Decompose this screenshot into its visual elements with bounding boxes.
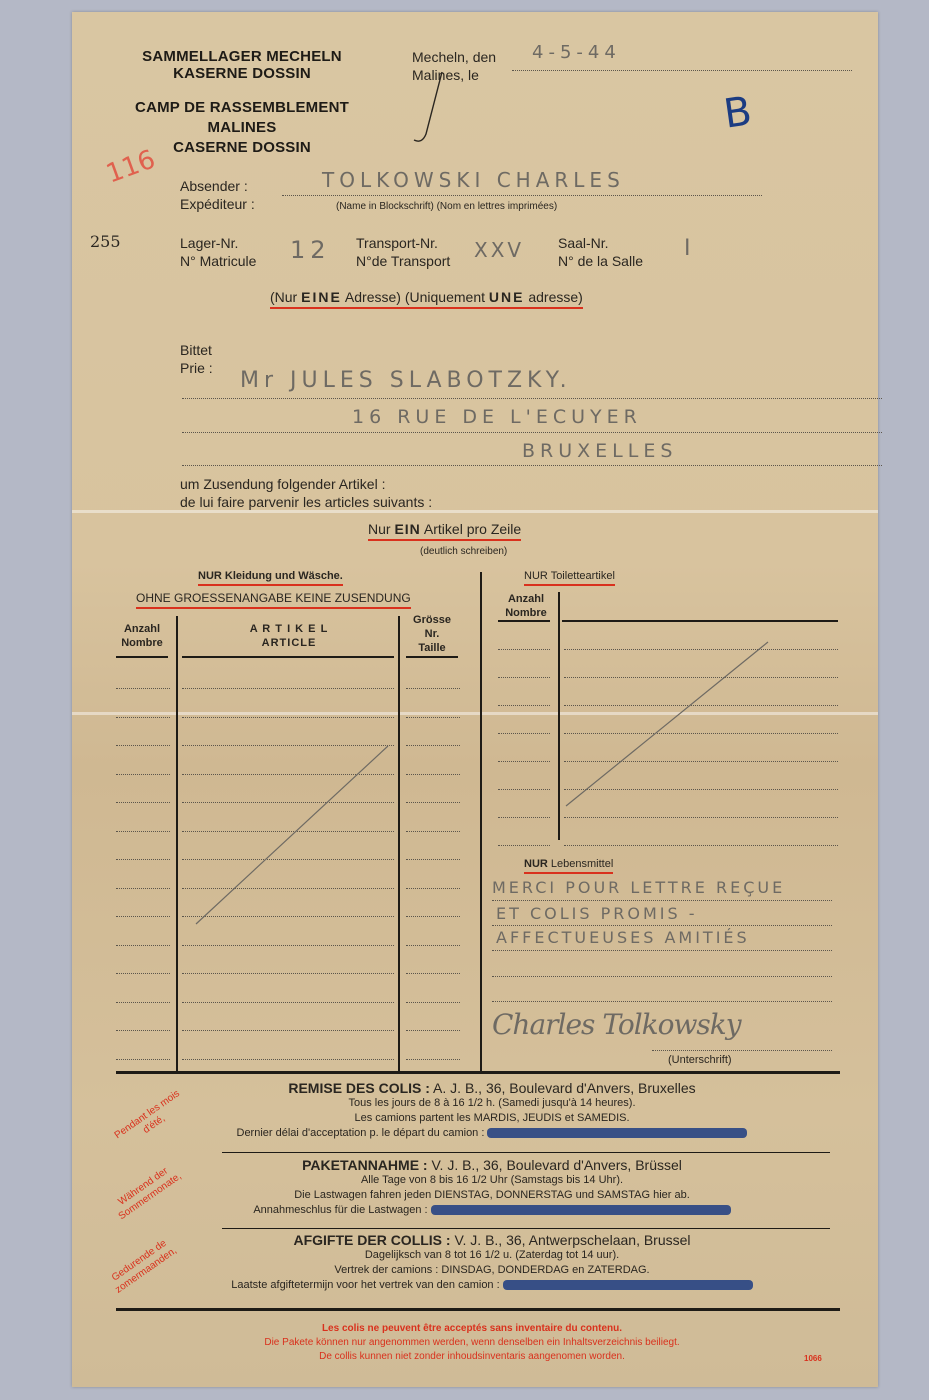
clothing-row-line[interactable]: [406, 1002, 460, 1003]
clothing-row-line[interactable]: [406, 1059, 460, 1060]
pencil-strike: [562, 640, 772, 810]
clothing-row-line[interactable]: [116, 802, 170, 803]
signature-label: (Unterschrift): [668, 1054, 732, 1066]
clothing-row-line[interactable]: [182, 945, 394, 946]
clothing-row-line[interactable]: [182, 1030, 394, 1031]
notice-pre: (Nur: [270, 289, 301, 305]
delivery-nl: AFGIFTE DER COLLIS : V. J. B., 36, Antwe…: [132, 1232, 852, 1293]
notice-mid: Adresse) (Uniquement: [342, 289, 489, 305]
toiletries-row-line[interactable]: [498, 845, 550, 846]
clothing-row-line[interactable]: [182, 688, 394, 689]
request-line-de: um Zusendung folgender Artikel :: [180, 475, 432, 493]
camp-de-line2: KASERNE DOSSIN: [112, 65, 372, 82]
clothing-warning-text: OHNE GROESSENANGABE KEINE ZUSENDUNG: [136, 591, 411, 609]
food-line: [492, 925, 832, 926]
clothing-row-line[interactable]: [182, 1002, 394, 1003]
clothing-row-line[interactable]: [406, 717, 460, 718]
toiletries-title-text: NUR Toiletteartikel: [524, 570, 615, 586]
ink-strikeout: [503, 1280, 753, 1290]
column-divider: [558, 592, 560, 840]
place-de: Mecheln, den: [412, 48, 496, 66]
toiletries-row-line[interactable]: [498, 761, 550, 762]
delivery-nl-address: V. J. B., 36, Antwerpschelaan, Brussel: [451, 1232, 691, 1248]
clothing-row-line[interactable]: [116, 774, 170, 775]
clothing-row-line[interactable]: [406, 831, 460, 832]
annotation-number: 255: [90, 232, 121, 251]
message-line-3[interactable]: AFFECTUEUSES AMITIÉS: [496, 928, 750, 947]
clothing-row-line[interactable]: [406, 774, 460, 775]
rule: [116, 656, 168, 658]
clothing-row-line[interactable]: [116, 1059, 170, 1060]
rule-bold: EIN: [394, 521, 420, 537]
saal-value[interactable]: I: [684, 236, 696, 261]
col-count-de: Anzahl: [112, 622, 172, 636]
col-article-de: A R T I K E L: [184, 622, 394, 636]
col-size-1: Grösse: [400, 613, 464, 627]
pencil-strike: [192, 742, 392, 932]
delivery-nl-line3: Laatste afgiftetermijn voor het vertrek …: [231, 1279, 499, 1291]
delivery-fr-line1: Tous les jours de 8 à 16 1/2 h. (Samedi …: [132, 1096, 852, 1111]
recipient-street[interactable]: 16 RUE DE L'ECUYER: [352, 406, 642, 428]
food-title-bold: NUR: [524, 858, 548, 870]
rule-hint: (deutlich schreiben): [420, 546, 507, 557]
col-size-3: Taille: [400, 641, 464, 655]
delivery-fr: REMISE DES COLIS : A. J. B., 36, Bouleva…: [132, 1080, 852, 1141]
clothing-row-line[interactable]: [406, 916, 460, 917]
clothing-row-line[interactable]: [406, 802, 460, 803]
delivery-de: PAKETANNAHME : V. J. B., 36, Boulevard d…: [132, 1157, 852, 1218]
clothing-row-line[interactable]: [116, 973, 170, 974]
notice-bold2: UNE: [489, 289, 525, 305]
address-line-3: [182, 465, 882, 466]
form-number: 1066: [804, 1354, 822, 1363]
rule: [182, 656, 394, 658]
clothing-title: NUR Kleidung und Wäsche.: [198, 570, 343, 582]
food-title-rest: Lebensmittel: [548, 858, 613, 870]
lager-label-de: Lager-Nr.: [180, 234, 256, 252]
toiletries-row-line[interactable]: [498, 817, 550, 818]
clothing-row-line[interactable]: [182, 973, 394, 974]
request-line-fr: de lui faire parvenir les articles suiva…: [180, 493, 432, 511]
recipient-name[interactable]: Mr JULES SLABOTZKY.: [240, 368, 572, 393]
signature[interactable]: Charles Tolkowsky: [492, 1008, 741, 1041]
clothing-row-line[interactable]: [116, 859, 170, 860]
toiletries-row-line[interactable]: [498, 733, 550, 734]
rule-pre: Nur: [368, 521, 394, 537]
clothing-title-rest: Kleidung und Wäsche.: [222, 570, 343, 582]
rule: [562, 620, 838, 622]
saal-label-de: Saal-Nr.: [558, 234, 643, 252]
clothing-row-line[interactable]: [406, 688, 460, 689]
clothing-row-line[interactable]: [116, 717, 170, 718]
clothing-row-line[interactable]: [406, 745, 460, 746]
ink-strikeout: [431, 1205, 731, 1215]
address-line-2: [182, 432, 882, 433]
clothing-warning: OHNE GROESSENANGABE KEINE ZUSENDUNG: [136, 591, 411, 605]
clothing-row-line[interactable]: [116, 745, 170, 746]
delivery-fr-title: REMISE DES COLIS :: [288, 1080, 430, 1096]
col-article-fr: ARTICLE: [184, 636, 394, 650]
col-count-fr: Nombre: [112, 636, 172, 650]
toiletries-row-line[interactable]: [498, 705, 550, 706]
footer-de: Die Pakete können nur angenommen werden,…: [112, 1336, 832, 1350]
clothing-row-line[interactable]: [182, 1059, 394, 1060]
delivery-de-line1: Alle Tage von 8 bis 16 1/2 Uhr (Samstags…: [132, 1173, 852, 1188]
clothing-row-line[interactable]: [406, 945, 460, 946]
toiletries-row-line[interactable]: [564, 845, 838, 846]
rule-post: Artikel pro Zeile: [421, 521, 521, 537]
one-article-rule: Nur EIN Artikel pro Zeile: [368, 520, 521, 538]
sender-label-fr: Expéditeur :: [180, 195, 255, 213]
delivery-nl-line2: Vertrek der camions : DINSDAG, DONDERDAG…: [132, 1263, 852, 1278]
clothing-row-line[interactable]: [116, 1030, 170, 1031]
notice-post: adresse): [524, 289, 582, 305]
col-size-2: Nr.: [400, 627, 464, 641]
camp-fr-line1: CAMP DE RASSEMBLEMENT: [112, 98, 372, 118]
delivery-nl-title: AFGIFTE DER COLLIS :: [293, 1232, 450, 1248]
clothing-col-article: A R T I K E L ARTICLE: [184, 622, 394, 650]
ink-strikeout: [487, 1128, 747, 1138]
clothing-row-line[interactable]: [116, 831, 170, 832]
transport-label-fr: N°de Transport: [356, 252, 450, 270]
toiletries-row-line[interactable]: [498, 677, 550, 678]
sender-name-handwritten[interactable]: TOLKOWSKI CHARLES: [322, 168, 625, 192]
toiletries-row-line[interactable]: [564, 817, 838, 818]
column-divider: [398, 616, 400, 1071]
clothing-row-line[interactable]: [406, 973, 460, 974]
address-notice-text: (Nur EINE Adresse) (Uniquement UNE adres…: [270, 289, 583, 309]
rule: [498, 620, 550, 622]
toiletries-title: NUR Toiletteartikel: [524, 570, 615, 582]
footer-fr: Les colis ne peuvent être acceptés sans …: [112, 1322, 832, 1336]
sender-line: [282, 195, 762, 196]
recipient-city[interactable]: BRUXELLES: [522, 440, 677, 462]
column-divider: [176, 616, 178, 1071]
rule: [222, 1228, 830, 1229]
clothing-title-bold: NUR: [198, 570, 222, 582]
clothing-row-line[interactable]: [116, 945, 170, 946]
date-line: [512, 70, 852, 71]
sender-label: Absender : Expéditeur :: [180, 177, 255, 213]
rule: [406, 656, 458, 658]
rule: [222, 1152, 830, 1153]
food-line: [492, 950, 832, 951]
clothing-row-line[interactable]: [406, 888, 460, 889]
delivery-de-address: V. J. B., 36, Boulevard d'Anvers, Brüsse…: [428, 1157, 682, 1173]
food-title: NUR Lebensmittel: [524, 858, 613, 870]
delivery-fr-line3: Dernier délai d'acceptation p. le départ…: [237, 1127, 485, 1139]
food-line: [492, 1001, 832, 1002]
lager-label-fr: N° Matricule: [180, 252, 256, 270]
food-line: [492, 900, 832, 901]
lager-label: Lager-Nr. N° Matricule: [180, 234, 256, 270]
signature-line: [652, 1050, 832, 1051]
message-line-2[interactable]: ET COLIS PROMIS -: [496, 904, 698, 923]
sender-label-de: Absender :: [180, 177, 255, 195]
delivery-de-line2: Die Lastwagen fahren jeden DIENSTAG, DON…: [132, 1188, 852, 1203]
delivery-nl-line1: Dagelijksch van 8 tot 16 1/2 u. (Zaterda…: [132, 1248, 852, 1263]
clothing-row-line[interactable]: [116, 888, 170, 889]
transport-label-de: Transport-Nr.: [356, 234, 450, 252]
delivery-fr-line2: Les camions partent les MARDIS, JEUDIS e…: [132, 1111, 852, 1126]
notice-bold1: EINE: [301, 289, 342, 305]
recipient-label: Bittet Prie :: [180, 341, 213, 377]
delivery-de-title: PAKETANNAHME :: [302, 1157, 427, 1173]
address-notice: (Nur EINE Adresse) (Uniquement UNE adres…: [270, 288, 583, 306]
sender-hint: (Name in Blockschrift) (Nom en lettres i…: [336, 201, 557, 212]
section-divider: [480, 572, 482, 1072]
annotation-b: B: [721, 88, 755, 137]
thick-rule: [116, 1071, 840, 1074]
saal-label: Saal-Nr. N° de la Salle: [558, 234, 643, 270]
delivery-de-line3: Annahmeschlus für die Lastwagen :: [253, 1204, 427, 1216]
check-mark-icon: [412, 70, 452, 150]
toiletries-row-line[interactable]: [498, 649, 550, 650]
clothing-row-line[interactable]: [406, 1030, 460, 1031]
transport-value[interactable]: XXV: [474, 238, 524, 262]
recipient-label-fr: Prie :: [180, 359, 213, 377]
clothing-row-line[interactable]: [182, 717, 394, 718]
toilet-col-count-fr: Nombre: [496, 606, 556, 620]
annotation-red: 116: [102, 144, 159, 189]
address-line-1: [182, 398, 882, 399]
camp-name-de: SAMMELLAGER MECHELN KASERNE DOSSIN: [112, 48, 372, 82]
request-label: um Zusendung folgender Artikel : de lui …: [180, 475, 432, 511]
footer-nl: De collis kunnen niet zonder inhoudsinve…: [112, 1350, 832, 1364]
toiletries-col-count: Anzahl Nombre: [496, 592, 556, 620]
clothing-row-line[interactable]: [116, 688, 170, 689]
date-handwritten: 4-5-44: [532, 42, 621, 63]
camp-de-line1: SAMMELLAGER MECHELN: [112, 48, 372, 65]
clothing-row-line[interactable]: [116, 916, 170, 917]
toilet-col-count-de: Anzahl: [496, 592, 556, 606]
food-line: [492, 976, 832, 977]
transport-label: Transport-Nr. N°de Transport: [356, 234, 450, 270]
toiletries-row-line[interactable]: [498, 789, 550, 790]
footer: Les colis ne peuvent être acceptés sans …: [112, 1322, 832, 1364]
form-sheet: SAMMELLAGER MECHELN KASERNE DOSSIN CAMP …: [72, 12, 878, 1387]
thick-rule: [116, 1308, 840, 1311]
lager-value[interactable]: 12: [290, 236, 331, 264]
recipient-label-de: Bittet: [180, 341, 213, 359]
camp-fr-line2: MALINES: [112, 118, 372, 138]
message-line-1[interactable]: MERCI POUR LETTRE REÇUE: [492, 878, 785, 897]
clothing-row-line[interactable]: [116, 1002, 170, 1003]
clothing-row-line[interactable]: [406, 859, 460, 860]
delivery-fr-address: A. J. B., 36, Boulevard d'Anvers, Bruxel…: [430, 1080, 696, 1096]
clothing-col-count: Anzahl Nombre: [112, 622, 172, 650]
saal-label-fr: N° de la Salle: [558, 252, 643, 270]
clothing-col-size: Grösse Nr. Taille: [400, 613, 464, 655]
